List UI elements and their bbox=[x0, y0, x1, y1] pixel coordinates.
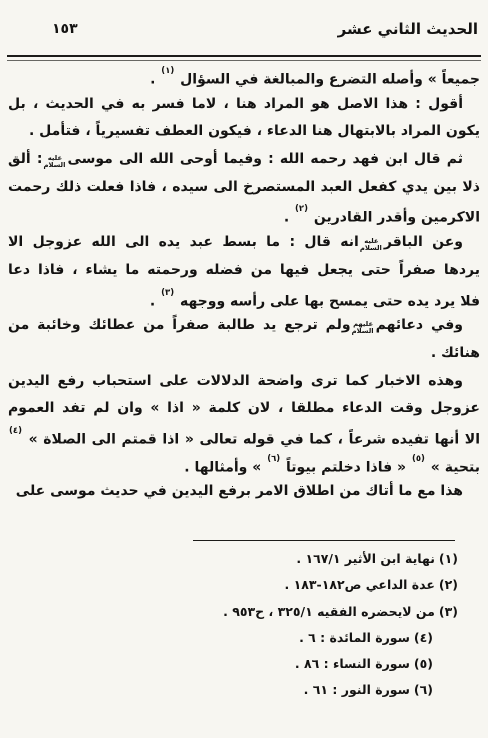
footnote-ref: (١) bbox=[160, 66, 175, 76]
footnote-text: سورة النور : ٦١ . bbox=[304, 682, 410, 697]
honorific-symbol: عليهم السلام bbox=[353, 321, 374, 335]
text-line: يكون المراد بالابتهال هنا الدعاء ، فيكون… bbox=[8, 118, 480, 146]
footnote-marker: (١) bbox=[439, 551, 458, 566]
footnote-separator bbox=[193, 540, 455, 541]
text-segment: وهذه الاخبار كما ترى واضحة الدلالات على … bbox=[8, 373, 463, 396]
footnote-marker: (٣) bbox=[439, 604, 458, 619]
text-segment: يردها صفراً حتى يجعل فيها من فضله ورحمته… bbox=[8, 262, 480, 285]
footnote-marker: (٦) bbox=[414, 682, 433, 697]
text-segment: جميعاً » وأصله التضرع والمبالغة في السؤا… bbox=[175, 72, 480, 88]
text-segment: ذلا بين يدي كفعل العبد المستصرخ الى سيده… bbox=[8, 179, 480, 202]
text-segment: . bbox=[150, 72, 160, 88]
text-line: هذا مع ما أتاك من اطلاق الامر برفع اليدي… bbox=[8, 478, 480, 506]
text-segment: يكون المراد بالابتهال هنا الدعاء ، فيكون… bbox=[29, 123, 480, 139]
footnote-text: سورة النساء : ٨٦ . bbox=[295, 656, 410, 671]
footnote-line: (٢)عدة الداعي ص١٨٢-١٨٣ . bbox=[8, 572, 458, 598]
footnote-line: (٥)سورة النساء : ٨٦ . bbox=[8, 651, 433, 677]
footnote-ref: (٢) bbox=[294, 204, 309, 214]
honorific-symbol: عليه السلام bbox=[361, 238, 382, 252]
text-segment: بتحية » bbox=[426, 459, 480, 475]
footnote-line: (٣)من لايحضره الفقيه ٣٢٥/١ ، ح٩٥٣ . bbox=[8, 599, 458, 625]
text-segment: أقول : هذا الاصل هو المراد هنا ، لاما فس… bbox=[8, 96, 463, 119]
footnote-text: نهاية ابن الأثير ١٦٧/١ . bbox=[296, 551, 435, 566]
text-line: وهذه الاخبار كما ترى واضحة الدلالات على … bbox=[8, 368, 480, 396]
text-line: الاكرمين وأقدر القادرين (٢) . bbox=[8, 201, 480, 229]
footnote-marker: (٥) bbox=[414, 656, 433, 671]
text-segment: . bbox=[150, 293, 160, 309]
text-line: يردها صفراً حتى يجعل فيها من فضله ورحمته… bbox=[8, 257, 480, 285]
text-segment: » وأمثالها . bbox=[184, 459, 266, 475]
text-segment: وعن الباقر bbox=[384, 234, 463, 250]
footnote-text: من لايحضره الفقيه ٣٢٥/١ ، ح٩٥٣ . bbox=[223, 604, 435, 619]
main-text-block: جميعاً » وأصله التضرع والمبالغة في السؤا… bbox=[8, 63, 480, 506]
text-segment: الا أنها تفيده شرعاً ، كما في قوله تعالى… bbox=[23, 432, 480, 448]
footnote-marker: (٤) bbox=[414, 630, 433, 645]
text-segment: الاكرمين وأقدر القادرين bbox=[309, 210, 480, 226]
text-segment: وفي دعائهم bbox=[376, 317, 463, 333]
footnote-line: (٦)سورة النور : ٦١ . bbox=[8, 677, 433, 703]
footnote-ref: (٤) bbox=[8, 426, 23, 436]
page-number: ١٥٣ bbox=[52, 21, 78, 37]
footnote-text: عدة الداعي ص١٨٢-١٨٣ . bbox=[285, 577, 435, 592]
text-segment: ثم قال ابن فهد رحمه الله : وفيما أوحى ال… bbox=[67, 151, 463, 167]
text-line: الا أنها تفيده شرعاً ، كما في قوله تعالى… bbox=[8, 423, 480, 451]
footnote-ref: (٥) bbox=[411, 454, 426, 464]
header-rule-thin bbox=[7, 60, 481, 61]
text-line: فلا يرد يده حتى يمسح بها على رأسه ووجهه … bbox=[8, 285, 480, 313]
header-rule-thick bbox=[7, 55, 481, 57]
text-segment: فلا يرد يده حتى يمسح بها على رأسه ووجهه bbox=[175, 293, 480, 309]
text-line: بتحية » (٥) « فاذا دخلتم بيوتاً (٦) » وأ… bbox=[8, 451, 480, 479]
footnote-line: (٤)سورة المائدة : ٦ . bbox=[8, 625, 433, 651]
text-line: جميعاً » وأصله التضرع والمبالغة في السؤا… bbox=[8, 63, 480, 91]
text-segment: هذا مع ما أتاك من اطلاق الامر برفع اليدي… bbox=[16, 483, 463, 506]
text-line: وفي دعائهمعليهم السلامولم ترجع يد طالبة … bbox=[8, 312, 480, 340]
footnote-text: سورة المائدة : ٦ . bbox=[299, 630, 410, 645]
text-line: هنائك . bbox=[8, 340, 480, 368]
text-line: أقول : هذا الاصل هو المراد هنا ، لاما فس… bbox=[8, 91, 480, 119]
text-line: ثم قال ابن فهد رحمه الله : وفيما أوحى ال… bbox=[8, 146, 480, 174]
honorific-symbol: عليه السلام bbox=[44, 155, 65, 169]
text-line: عزوجل وقت الدعاء مطلقا ، لان كلمة « اذا … bbox=[8, 395, 480, 423]
footnotes-block: (١)نهاية ابن الأثير ١٦٧/١ .(٢)عدة الداعي… bbox=[8, 546, 480, 704]
footnote-ref: (٦) bbox=[266, 454, 281, 464]
text-line: وعن الباقرعليه السلامانه قال : ما بسط عب… bbox=[8, 229, 480, 257]
text-segment: « فاذا دخلتم بيوتاً bbox=[281, 459, 411, 475]
running-header-title: الحديث الثاني عشر bbox=[338, 20, 478, 38]
text-segment: . bbox=[284, 210, 294, 226]
text-segment: عزوجل وقت الدعاء مطلقا ، لان كلمة « اذا … bbox=[8, 400, 480, 423]
footnote-marker: (٢) bbox=[439, 577, 458, 592]
book-page: الحديث الثاني عشر ١٥٣ جميعاً » وأصله الت… bbox=[0, 0, 488, 738]
text-line: ذلا بين يدي كفعل العبد المستصرخ الى سيده… bbox=[8, 174, 480, 202]
text-segment: هنائك . bbox=[431, 345, 480, 361]
footnote-ref: (٣) bbox=[160, 288, 175, 298]
footnote-line: (١)نهاية ابن الأثير ١٦٧/١ . bbox=[8, 546, 458, 572]
